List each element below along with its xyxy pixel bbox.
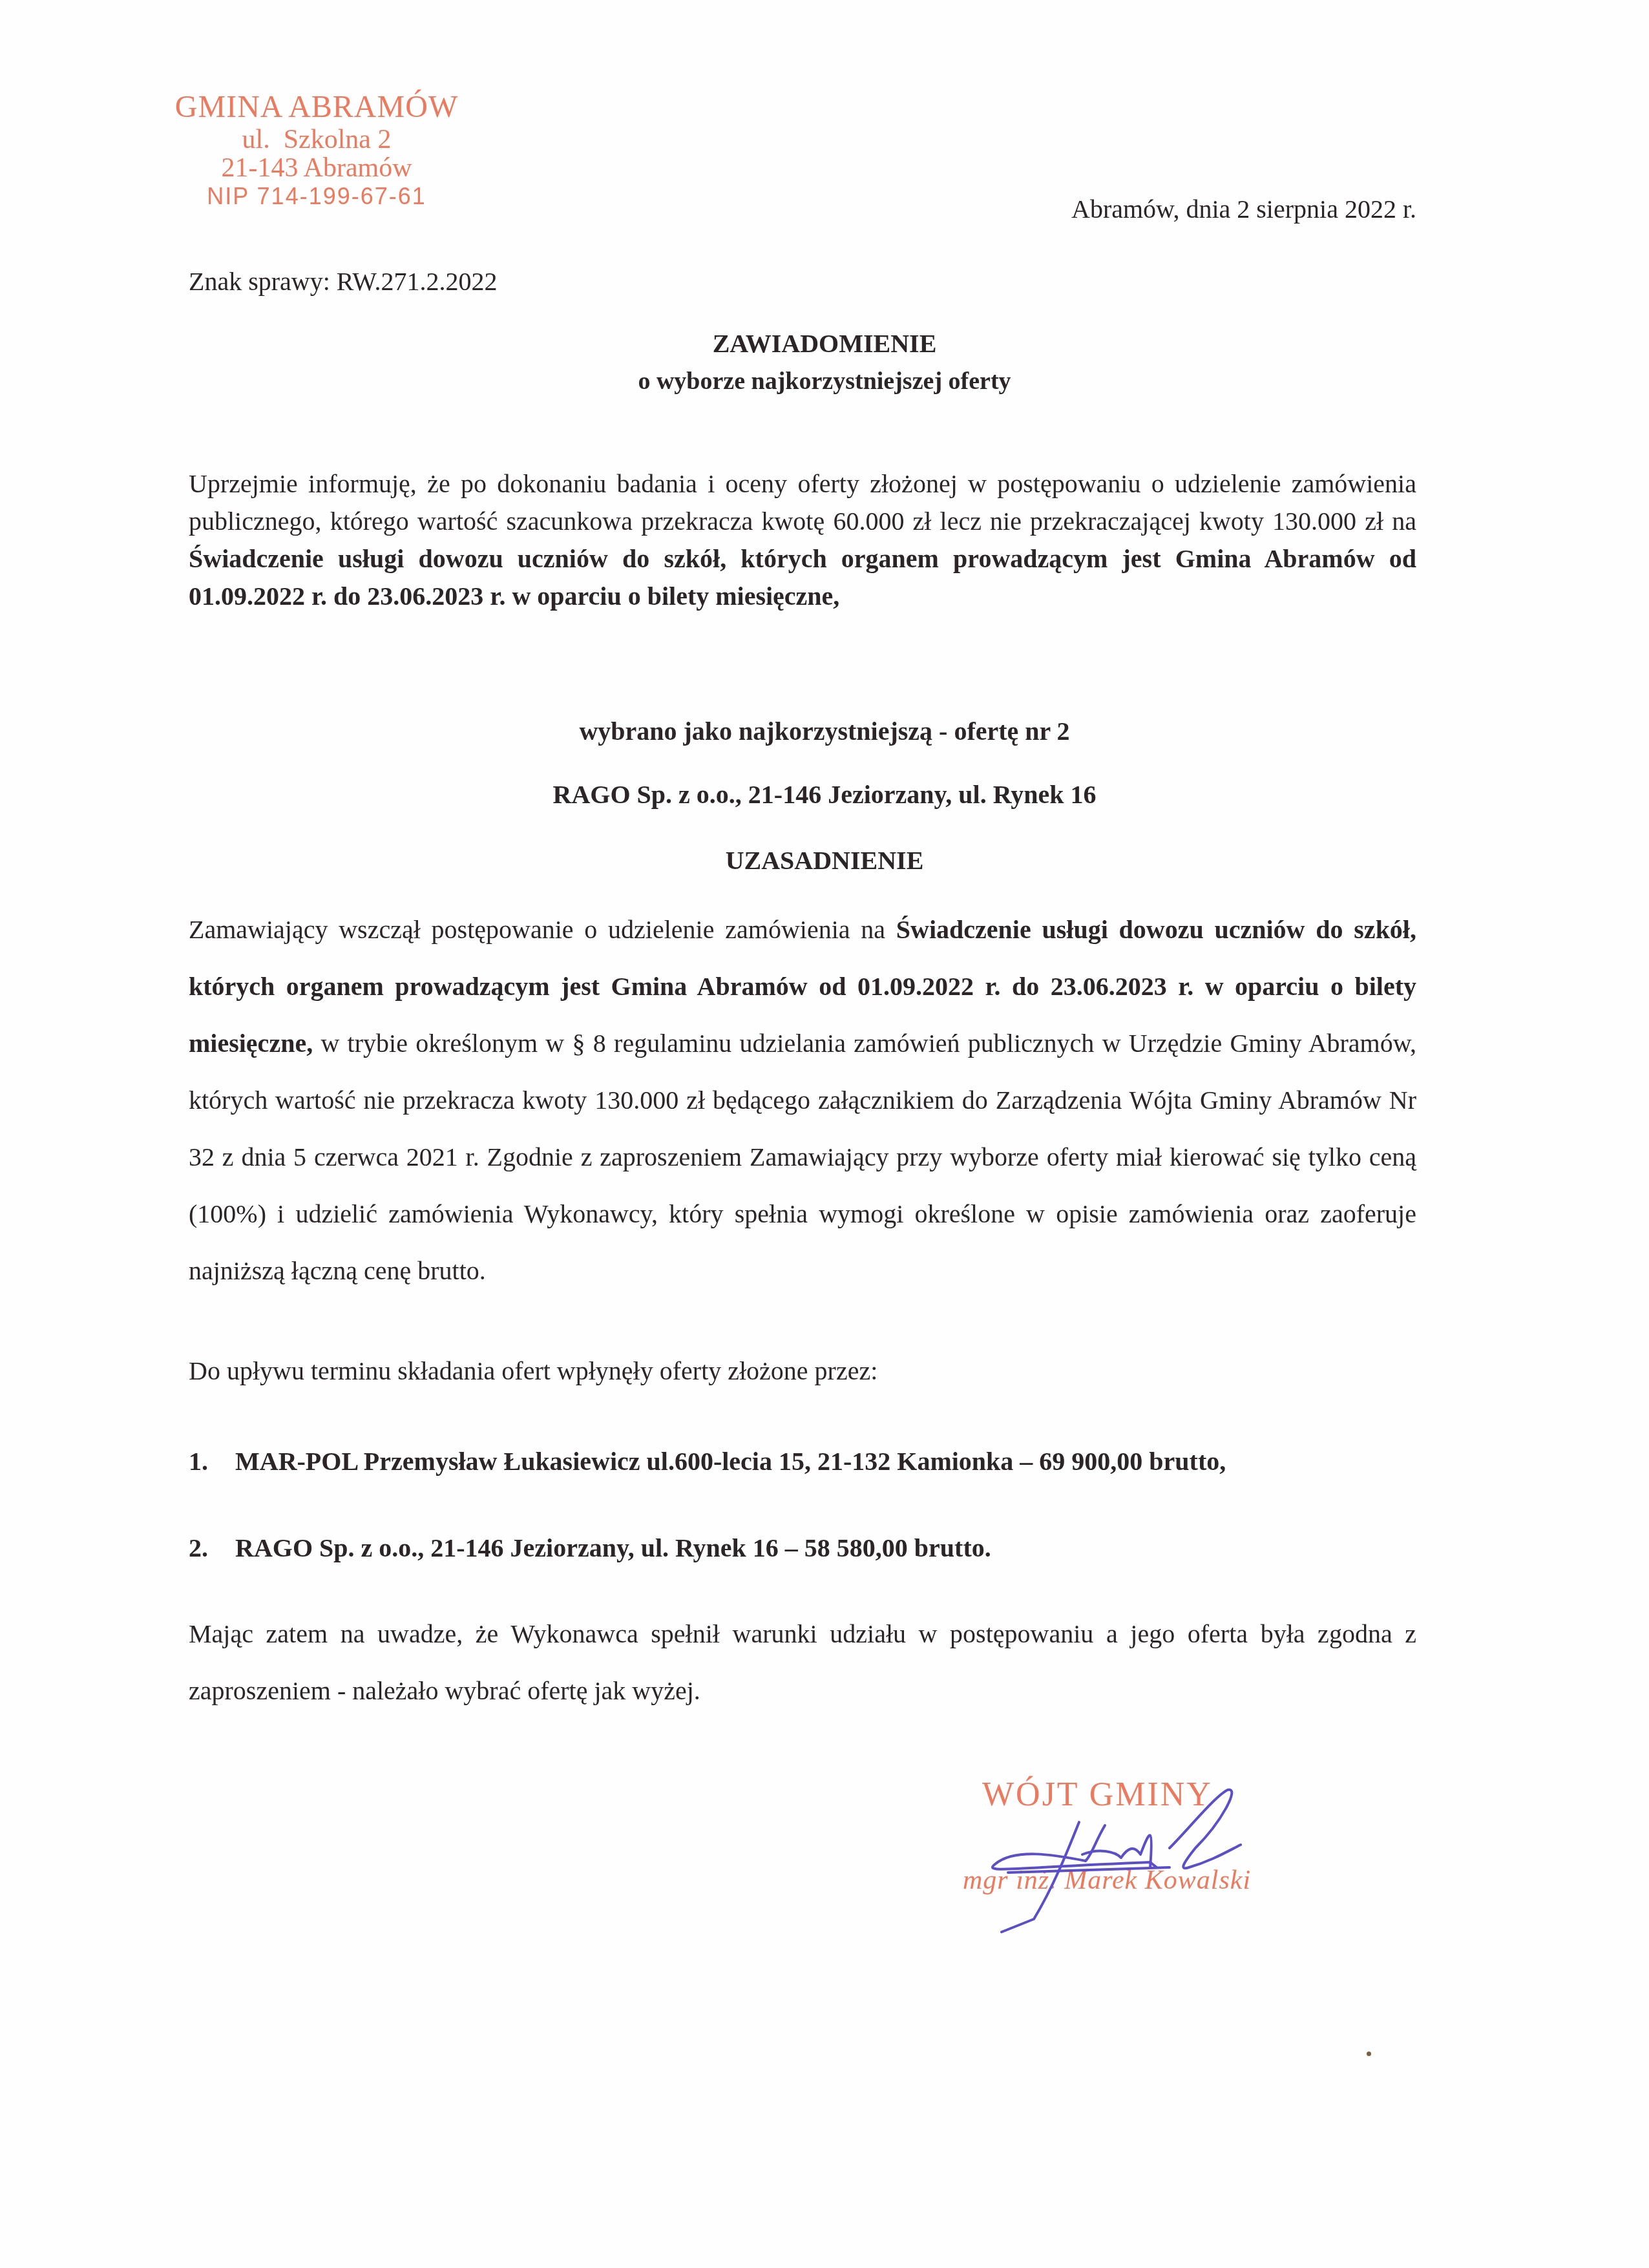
offer-item: 1.MAR-POL Przemysław Łukasiewicz ul.600-… <box>189 1446 1226 1476</box>
justification-plain-start: Zamawiający wszczął postępowanie o udzie… <box>189 915 896 944</box>
stamp-name: GMINA ABRAMÓW <box>149 89 485 125</box>
stamp-postal: 21-143 Abramów <box>149 154 485 182</box>
offer-text: MAR-POL Przemysław Łukasiewicz ul.600-le… <box>235 1447 1226 1476</box>
case-reference: Znak sprawy: RW.271.2.2022 <box>189 266 497 297</box>
offer-item: 2.RAGO Sp. z o.o., 21-146 Jeziorzany, ul… <box>189 1533 991 1563</box>
offer-number: 2. <box>189 1533 235 1563</box>
stamp-nip: NIP 714-199-67-61 <box>149 182 485 211</box>
scan-speck <box>1367 2052 1371 2056</box>
conclusion-paragraph: Mając zatem na uwadze, że Wykonawca speł… <box>189 1606 1416 1719</box>
intro-bold: Świadczenie usługi dowozu uczniów do szk… <box>189 544 1416 611</box>
offer-number: 1. <box>189 1446 235 1476</box>
selected-contractor: RAGO Sp. z o.o., 21-146 Jeziorzany, ul. … <box>0 779 1649 810</box>
stamp-street: ul. Szkolna 2 <box>149 125 485 154</box>
justification-heading: UZASADNIENIE <box>0 845 1649 876</box>
justification-plain-end: w trybie określonym w § 8 regulaminu udz… <box>189 1029 1416 1285</box>
handwritten-signature-icon <box>956 1758 1318 1951</box>
intro-plain: Uprzejmie informuję, że po dokonaniu bad… <box>189 469 1416 536</box>
date-line: Abramów, dnia 2 sierpnia 2022 r. <box>1071 194 1416 224</box>
selection-statement: wybrano jako najkorzystniejszą - ofertę … <box>0 716 1649 746</box>
document-subtitle: o wyborze najkorzystniejszej oferty <box>0 367 1649 395</box>
justification-paragraph: Zamawiający wszczął postępowanie o udzie… <box>189 901 1416 1299</box>
signature-stamp: WÓJT GMINY mgr inż. Marek Kowalski <box>956 1758 1318 1951</box>
intro-paragraph: Uprzejmie informuję, że po dokonaniu bad… <box>189 465 1416 615</box>
document-title: ZAWIADOMIENIE <box>0 328 1649 359</box>
offer-text: RAGO Sp. z o.o., 21-146 Jeziorzany, ul. … <box>235 1533 991 1562</box>
offers-intro: Do upływu terminu składania ofert wpłynę… <box>189 1356 1416 1386</box>
document-page: GMINA ABRAMÓW ul. Szkolna 2 21-143 Abram… <box>0 0 1649 2268</box>
municipality-stamp: GMINA ABRAMÓW ul. Szkolna 2 21-143 Abram… <box>149 89 485 211</box>
